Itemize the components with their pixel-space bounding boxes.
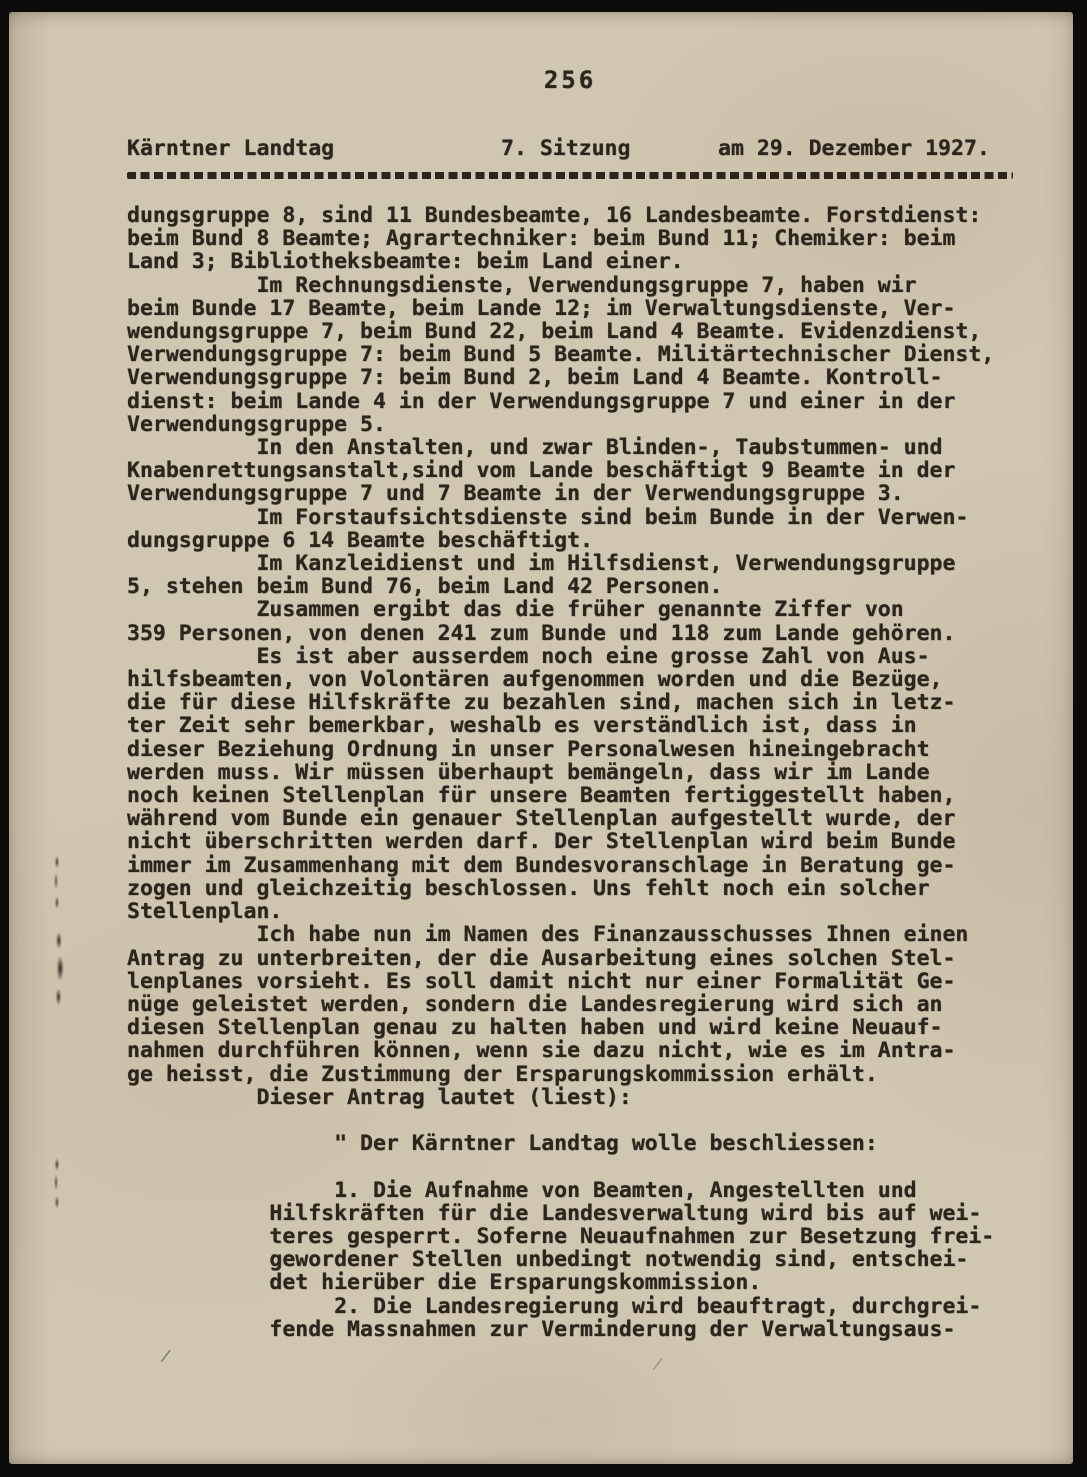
text-line: nüge geleistet werden, sondern die Lande… [127, 993, 1013, 1016]
text-line [127, 1155, 1013, 1178]
header-session: 7. Sitzung [501, 136, 630, 161]
text-line: Im Rechnungsdienste, Verwendungsgruppe 7… [127, 274, 1013, 297]
text-line: ge heisst, die Zustimmung der Ersparungs… [127, 1063, 1013, 1086]
text-line: nicht überschritten werden darf. Der Ste… [127, 830, 1013, 853]
text-line: beim Bunde 17 Beamte, beim Lande 12; im … [127, 297, 1013, 320]
text-line: 359 Personen, von denen 241 zum Bunde un… [127, 622, 1013, 645]
text-line: Hilfskräften für die Landesverwaltung wi… [127, 1202, 1013, 1225]
text-line: Verwendungsgruppe 7: beim Bund 2, beim L… [127, 366, 1013, 389]
text-line: dienst: beim Lande 4 in der Verwendungsg… [127, 390, 1013, 413]
text-line: während vom Bunde ein genauer Stellenpla… [127, 807, 1013, 830]
text-line: 1. Die Aufnahme von Beamten, Angestellte… [127, 1179, 1013, 1202]
text-line: det hierüber die Ersparungskommission. [127, 1271, 1013, 1294]
text-line: wendungsgruppe 7, beim Bund 22, beim Lan… [127, 320, 1013, 343]
text-line: 5, stehen beim Bund 76, beim Land 42 Per… [127, 575, 1013, 598]
text-line: " Der Kärntner Landtag wolle beschliesse… [127, 1132, 1013, 1155]
text-line: dungsgruppe 6 14 Beamte beschäftigt. [127, 529, 1013, 552]
header-date: am 29. Dezember 1927. [718, 136, 990, 161]
text-line: teres gesperrt. Soferne Neuaufnahmen zur… [127, 1225, 1013, 1248]
text-line: Verwendungsgruppe 7: beim Bund 5 Beamte.… [127, 343, 1013, 366]
text-line: lenplanes vorsieht. Es soll damit nicht … [127, 970, 1013, 993]
text-line: Im Forstaufsichtsdienste sind beim Bunde… [127, 506, 1013, 529]
dashed-rule [127, 172, 1013, 179]
page-header: Kärntner Landtag 7. Sitzung am 29. Dezem… [127, 136, 1013, 166]
text-line: Im Kanzleidienst und im Hilfsdienst, Ver… [127, 552, 1013, 575]
text-line: noch keinen Stellenplan für unsere Beamt… [127, 784, 1013, 807]
page-content: 256 Kärntner Landtag 7. Sitzung am 29. D… [127, 12, 1013, 1464]
scanned-document: 256 Kärntner Landtag 7. Sitzung am 29. D… [0, 0, 1087, 1477]
text-line: dungsgruppe 8, sind 11 Bundesbeamte, 16 … [127, 204, 1013, 227]
text-line: dieser Beziehung Ordnung in unser Person… [127, 738, 1013, 761]
text-line: Antrag zu unterbreiten, der die Ausarbei… [127, 947, 1013, 970]
ink-smudge [52, 1158, 61, 1212]
page-number: 256 [127, 66, 1013, 94]
text-line: immer im Zusammenhang mit dem Bundesvora… [127, 854, 1013, 877]
text-line: ter Zeit sehr bemerkbar, weshalb es vers… [127, 714, 1013, 737]
text-line: zogen und gleichzeitig beschlossen. Uns … [127, 877, 1013, 900]
text-line: die für diese Hilfskräfte zu bezahlen si… [127, 691, 1013, 714]
text-line: Land 3; Bibliotheksbeamte: beim Land ein… [127, 250, 1013, 273]
text-line: werden muss. Wir müssen überhaupt bemäng… [127, 761, 1013, 784]
text-line: Verwendungsgruppe 7 und 7 Beamte in der … [127, 482, 1013, 505]
text-line: nahmen durchführen können, wenn sie dazu… [127, 1039, 1013, 1062]
text-line: hilfsbeamten, von Volontären aufgenommen… [127, 668, 1013, 691]
text-line: fende Massnahmen zur Verminderung der Ve… [127, 1318, 1013, 1341]
text-line: Zusammen ergibt das die früher genannte … [127, 598, 1013, 621]
text-line: gewordener Stellen unbedingt notwendig s… [127, 1248, 1013, 1271]
text-line: Es ist aber ausserdem noch eine grosse Z… [127, 645, 1013, 668]
text-line: Ich habe nun im Namen des Finanzausschus… [127, 923, 1013, 946]
document-page: 256 Kärntner Landtag 7. Sitzung am 29. D… [9, 12, 1073, 1464]
text-line: beim Bund 8 Beamte; Agrartechniker: beim… [127, 227, 1013, 250]
text-line: Dieser Antrag lautet (liest): [127, 1086, 1013, 1109]
text-line: diesen Stellenplan genau zu halten haben… [127, 1016, 1013, 1039]
text-line: Stellenplan. [127, 900, 1013, 923]
ink-smudge [53, 928, 66, 1012]
text-line [127, 1109, 1013, 1132]
ink-smudge [52, 855, 61, 913]
text-line: Verwendungsgruppe 5. [127, 413, 1013, 436]
document-body: dungsgruppe 8, sind 11 Bundesbeamte, 16 … [127, 204, 1013, 1341]
header-title: Kärntner Landtag [127, 136, 334, 161]
text-line: 2. Die Landesregierung wird beauftragt, … [127, 1295, 1013, 1318]
text-line: Knabenrettungsanstalt,sind vom Lande bes… [127, 459, 1013, 482]
text-line: In den Anstalten, und zwar Blinden-, Tau… [127, 436, 1013, 459]
